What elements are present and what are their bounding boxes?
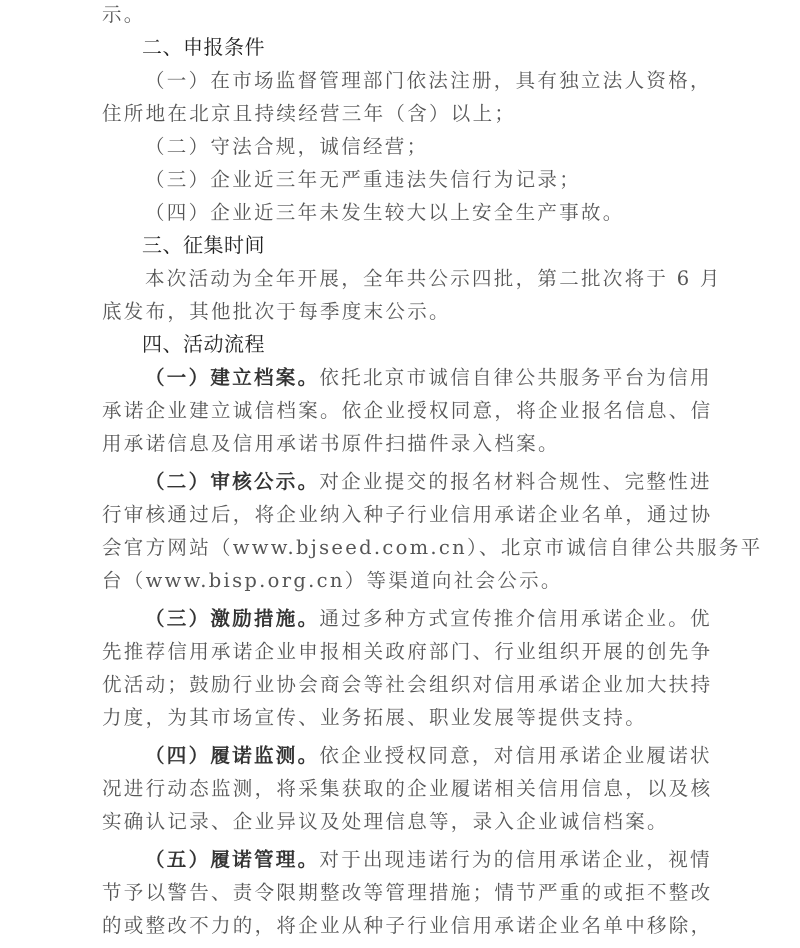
- text-line: 的或整改不力的，将企业从种子行业信用承诺企业名单中移除，: [102, 909, 702, 942]
- text-line: 会官方网站（www.bjseed.com.cn）、北京市诚信自律公共服务平: [102, 531, 702, 564]
- text-span: 依托北京市诚信自律公共服务平台为信用: [319, 366, 711, 389]
- text-line: 承诺企业建立诚信档案。依企业授权同意，将企业报名信息、信: [102, 394, 702, 427]
- text-line: 实确认记录、企业异议及处理信息等，录入企业诚信档案。: [102, 805, 702, 838]
- text-span: 对于出现违诺行为的信用承诺企业，视情: [319, 848, 711, 871]
- paragraph-first-line: （三）激励措施。通过多种方式宣传推介信用承诺企业。优: [102, 602, 702, 635]
- text-span: 依企业授权同意，对信用承诺企业履诺状: [319, 744, 711, 767]
- text-line: （二）守法合规，诚信经营；: [102, 130, 702, 163]
- text-line: 本次活动为全年开展，全年共公示四批，第二批次将于 6 月: [102, 262, 702, 295]
- text-line: 况进行动态监测，将采集获取的企业履诺相关信用信息，以及核: [102, 772, 702, 805]
- text-line: 力度，为其市场宣传、业务拓展、职业发展等提供支持。: [102, 701, 702, 734]
- text-line: 行审核通过后，将企业纳入种子行业信用承诺企业名单，通过协: [102, 498, 702, 531]
- text-line: 先推荐信用承诺企业申报相关政府部门、行业组织开展的创先争: [102, 635, 702, 668]
- paragraph-first-line: （二）审核公示。对企业提交的报名材料合规性、完整性进: [102, 465, 702, 498]
- text-line: 节予以警告、责令限期整改等管理措施；情节严重的或拒不整改: [102, 876, 702, 909]
- text-line: （四）企业近三年未发生较大以上安全生产事故。: [102, 196, 702, 229]
- text-line: （三）企业近三年无严重违法失信行为记录；: [102, 163, 702, 196]
- text-line: （一）在市场监督管理部门依法注册，具有独立法人资格，: [102, 64, 702, 97]
- section-heading-activity-process: 四、活动流程: [102, 328, 702, 361]
- text-span: 对企业提交的报名材料合规性、完整性进: [319, 470, 711, 493]
- paragraph-lead: （四）履诺监测。: [145, 744, 319, 767]
- paragraph-first-line: （五）履诺管理。对于出现违诺行为的信用承诺企业，视情: [102, 843, 702, 876]
- text-line: 优活动；鼓励行业协会商会等社会组织对信用承诺企业加大扶持: [102, 668, 702, 701]
- section-heading-collection-time: 三、征集时间: [102, 229, 702, 262]
- paragraph-lead: （五）履诺管理。: [145, 848, 319, 871]
- paragraph-first-line: （一）建立档案。依托北京市诚信自律公共服务平台为信用: [102, 361, 702, 394]
- paragraph-lead: （一）建立档案。: [145, 366, 319, 389]
- paragraph-lead: （二）审核公示。: [145, 470, 319, 493]
- paragraph-lead: （三）激励措施。: [145, 607, 319, 630]
- text-line: 底发布，其他批次于每季度末公示。: [102, 295, 702, 328]
- text-span: 通过多种方式宣传推介信用承诺企业。优: [319, 607, 711, 630]
- text-line-fragment: 示。: [102, 0, 702, 31]
- text-line: 台（www.bisp.org.cn）等渠道向社会公示。: [102, 564, 702, 597]
- text-line: 住所地在北京且持续经营三年（含）以上；: [102, 97, 702, 130]
- document-page: 示。 二、申报条件 （一）在市场监督管理部门依法注册，具有独立法人资格， 住所地…: [102, 0, 702, 942]
- paragraph-first-line: （四）履诺监测。依企业授权同意，对信用承诺企业履诺状: [102, 739, 702, 772]
- text-line: 用承诺信息及信用承诺书原件扫描件录入档案。: [102, 427, 702, 460]
- section-heading-requirements: 二、申报条件: [102, 31, 702, 64]
